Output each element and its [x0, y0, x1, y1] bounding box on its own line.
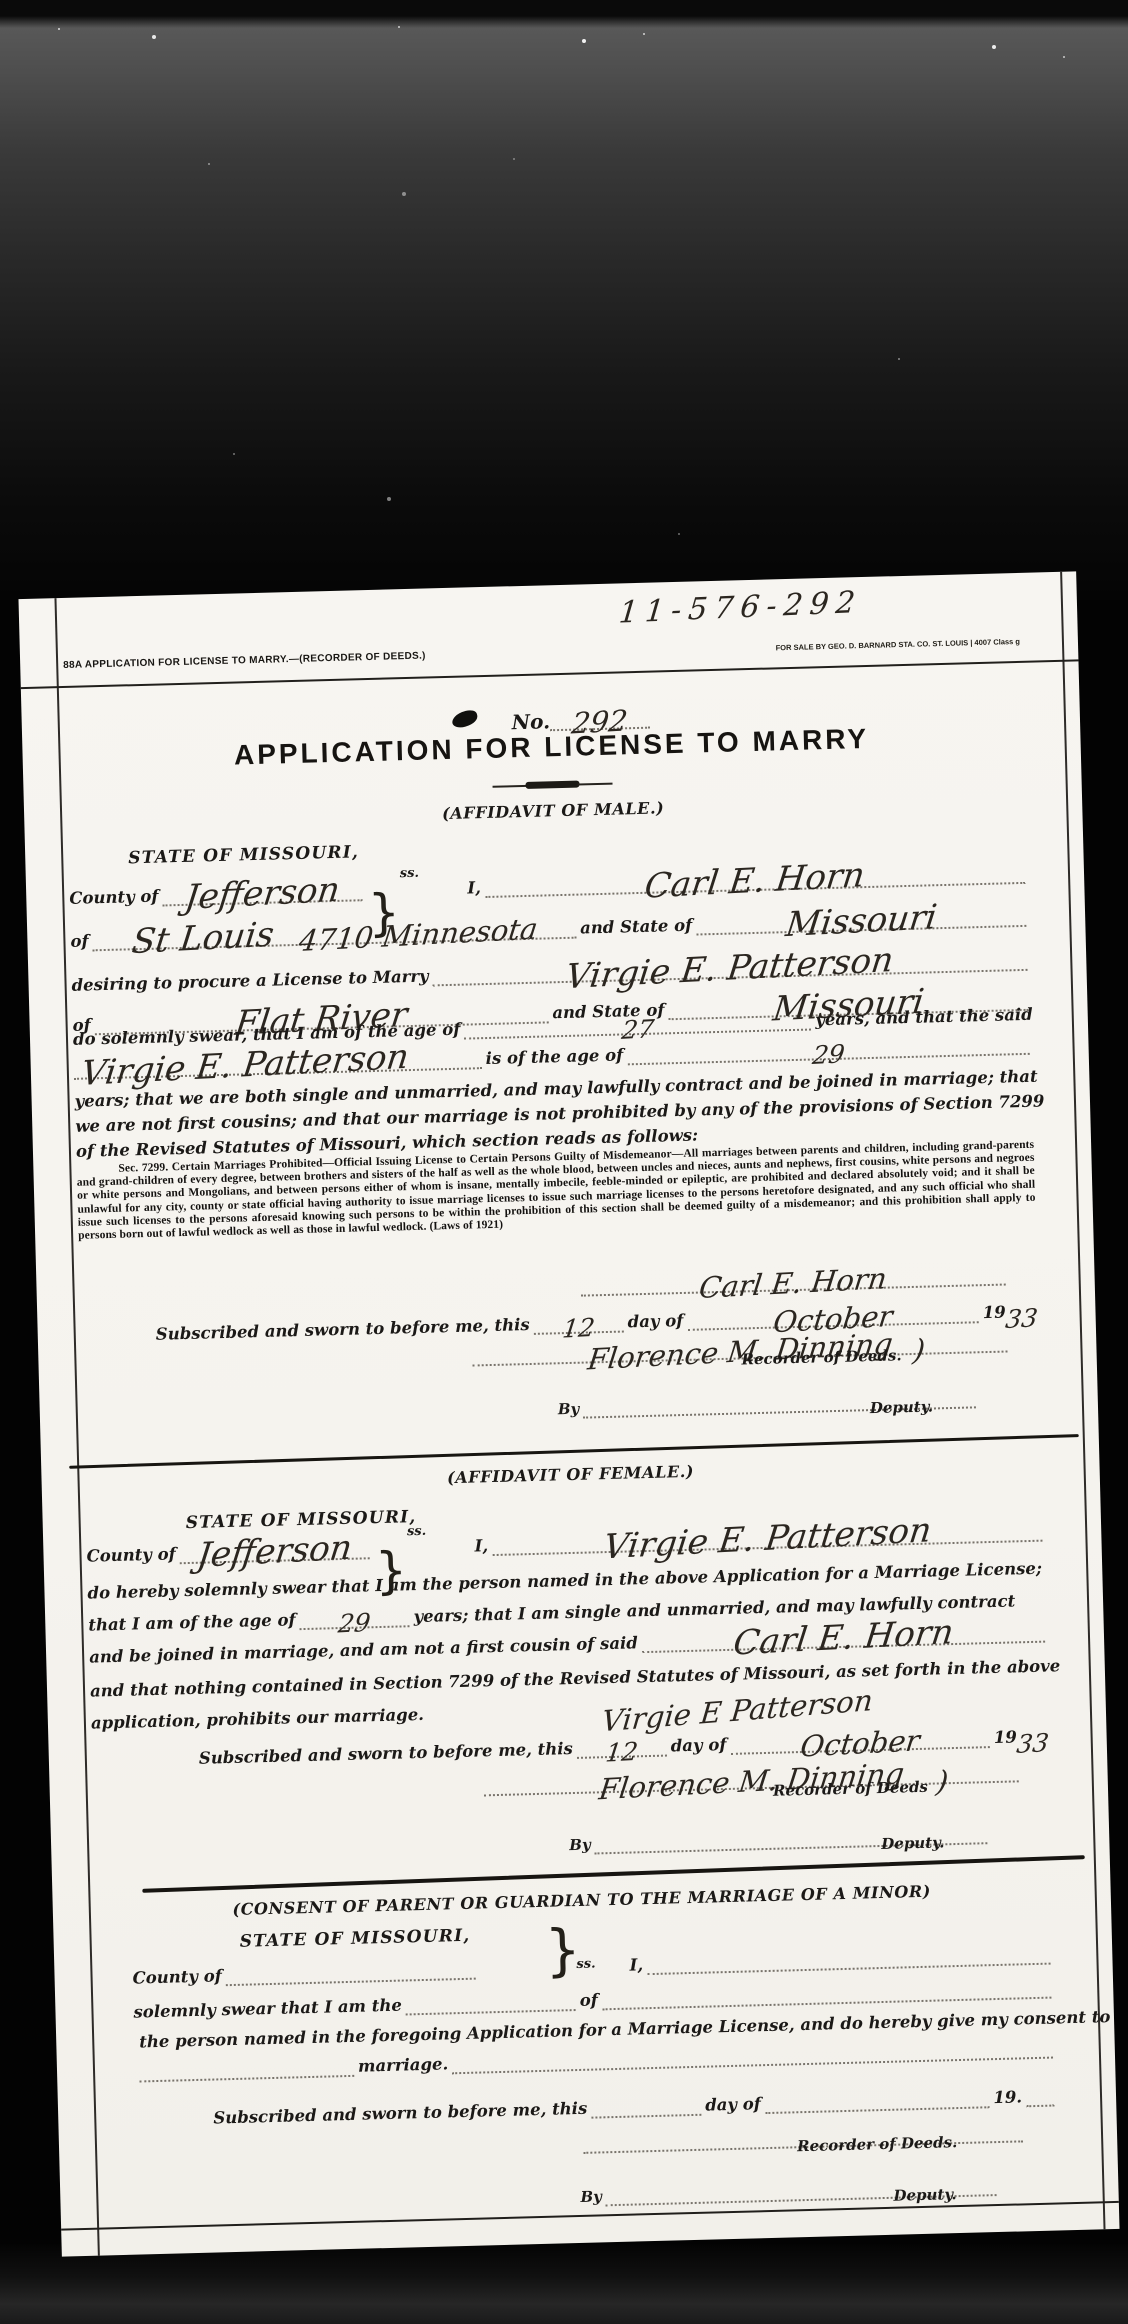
day-of-label: day of	[627, 1311, 683, 1332]
age-suffix-label: years, and that the said	[815, 1005, 1033, 1031]
document-page: 11-576-292 88A APPLICATION FOR LICENSE T…	[18, 571, 1119, 2256]
deputy-label: Deputy.	[870, 1397, 934, 1417]
consent-i-label: I,	[629, 1955, 643, 1975]
consent-day-of-label: day of	[705, 2094, 761, 2115]
sworn-year-handwritten: 33	[1004, 1307, 1039, 1330]
female-age-handwritten: 29	[337, 1612, 372, 1635]
consent-sworn-day-field	[591, 2090, 702, 2119]
residence-handwritten: St Louis	[130, 921, 275, 957]
address-handwritten: 4710 Minnesota	[297, 917, 539, 954]
bride-age-field: 29	[627, 1029, 1030, 1066]
consent-year-field	[1026, 2081, 1055, 2108]
male-signature-field: Carl E. Horn	[580, 1260, 1006, 1297]
consent-recorder-of-deeds-label: Recorder of Deeds.	[797, 2133, 958, 2155]
female-day-of-label: day of	[671, 1735, 727, 1756]
sworn-day-field: 12	[533, 1307, 624, 1335]
female-sworn-year-handwritten: 33	[1016, 1732, 1051, 1755]
female-recorder-of-deeds-label: Recorder of Deeds	[773, 1778, 928, 1800]
groom-age-handwritten: 27	[621, 1018, 656, 1041]
consent-state-of-missouri-label: STATE OF MISSOURI,	[239, 1926, 470, 1952]
female-ss-label: ss.	[407, 1522, 427, 1542]
female-by-label: By	[569, 1835, 591, 1856]
ss-label: ss.	[400, 864, 420, 884]
female-name-handwritten: Virgie E. Patterson	[602, 1516, 933, 1562]
consent-by-label: By	[580, 2186, 602, 2207]
ink-blot	[450, 708, 479, 729]
consent-county-of-label: County of	[132, 1966, 222, 1988]
of-label: of	[70, 931, 89, 951]
bride-name-field: Virgie E. Patterson	[432, 945, 1027, 987]
state-field: Missouri	[696, 901, 1027, 936]
consent-swear-label: solemnly swear that I am the	[133, 1996, 402, 2023]
female-sworn-month-handwritten: October	[799, 1729, 921, 1760]
county-handwritten: Jefferson	[183, 876, 341, 913]
consent-marriage-label: marriage.	[358, 2054, 449, 2076]
state-handwritten: Missouri	[784, 903, 938, 940]
i-label: I,	[467, 878, 481, 898]
female-state-of-missouri-label: STATE OF MISSOURI,	[185, 1507, 416, 1533]
desiring-label: desiring to procure a License to Marry	[71, 967, 429, 996]
and-state-of-label: and State of	[580, 916, 693, 939]
state-of-missouri-label: STATE OF MISSOURI,	[128, 842, 359, 868]
consent-sworn-month-field	[764, 2082, 989, 2114]
county-field: Jefferson	[162, 875, 363, 906]
is-of-age-label: is of the age of	[485, 1045, 623, 1069]
county-of-label: County of	[69, 887, 159, 909]
consent-minor-name-field	[601, 1973, 1051, 2011]
female-sworn-label: Subscribed and sworn to before me, this	[199, 1739, 573, 1769]
female-recorder-flourish: )	[935, 1769, 949, 1794]
female-sworn-day-field: 12	[576, 1731, 667, 1759]
no-field: 292	[550, 709, 650, 731]
consent-year-prefix-label: 19.	[993, 2087, 1022, 2108]
female-deputy-label: Deputy.	[881, 1833, 945, 1853]
scanner-top-gradient	[0, 0, 1128, 600]
female-groom-name-handwritten: Carl E. Horn	[732, 1618, 955, 1658]
imprint-right-label: FOR SALE BY GEO. D. BARNARD STA. CO. ST.…	[776, 637, 1021, 652]
consent-name-field	[647, 1939, 1051, 1976]
female-cousin-label: and be joined in marriage, and am not a …	[89, 1633, 638, 1667]
female-age-field: 29	[299, 1601, 410, 1630]
male-signature-line: Carl E. Horn	[576, 1261, 1009, 1296]
consent-sworn-label: Subscribed and sworn to before me, this	[213, 2099, 587, 2129]
form-right-rule	[1060, 572, 1105, 2229]
female-sworn-month-field: October	[730, 1722, 990, 1755]
scanner-bottom-gradient	[0, 2244, 1128, 2324]
residence-field: St Louis 4710 Minnesota	[92, 913, 576, 952]
bride-name2-field: Virgie E. Patterson	[73, 1043, 482, 1080]
ornament-bar	[525, 781, 579, 789]
female-sworn-day-handwritten: 12	[605, 1741, 640, 1764]
groom-name-field: Carl E. Horn	[484, 858, 1025, 898]
year-prefix-label: 19	[982, 1303, 1005, 1324]
form-left-rule	[54, 598, 99, 2255]
bride-age-handwritten: 29	[811, 1043, 846, 1066]
female-county-of-label: County of	[86, 1544, 176, 1566]
female-age-label: that I am of the age of	[88, 1610, 296, 1635]
consent-pre-marriage-field	[139, 2051, 355, 2083]
dust-specks	[58, 28, 60, 30]
male-signature-handwritten: Carl E. Horn	[698, 1267, 888, 1302]
sworn-day-handwritten: 12	[562, 1317, 597, 1340]
by-label: By	[558, 1399, 580, 1420]
female-line4-text: application, prohibits our marriage.	[91, 1705, 425, 1734]
female-signature-field: Virgie E Patterson	[428, 1685, 1047, 1725]
consent-relation-field	[405, 1985, 576, 2015]
recorder-of-deeds-label: Recorder of Deeds.	[741, 1346, 902, 1368]
imprint-left-label: 88A APPLICATION FOR LICENSE TO MARRY.—(R…	[63, 650, 426, 670]
consent-deputy-label: Deputy.	[893, 2185, 957, 2205]
groom-name-handwritten: Carl E. Horn	[643, 861, 866, 901]
recorder-flourish: )	[912, 1337, 926, 1362]
no-label: No.	[511, 711, 550, 732]
brace-glyph: }	[368, 912, 400, 913]
female-year-prefix-label: 19	[994, 1727, 1017, 1748]
film-number-handwritten: 11-576-292	[617, 585, 863, 631]
female-groom-name-field: Carl E. Horn	[641, 1617, 1045, 1654]
female-county-handwritten: Jefferson	[196, 1534, 354, 1571]
consent-county-field	[225, 1954, 476, 1987]
consent-brace-gap	[479, 1952, 630, 1980]
consent-of-label: of	[579, 1990, 598, 2010]
title-ornament	[492, 780, 612, 790]
female-county-field: Jefferson	[179, 1533, 370, 1564]
female-i-label: I,	[474, 1536, 488, 1556]
